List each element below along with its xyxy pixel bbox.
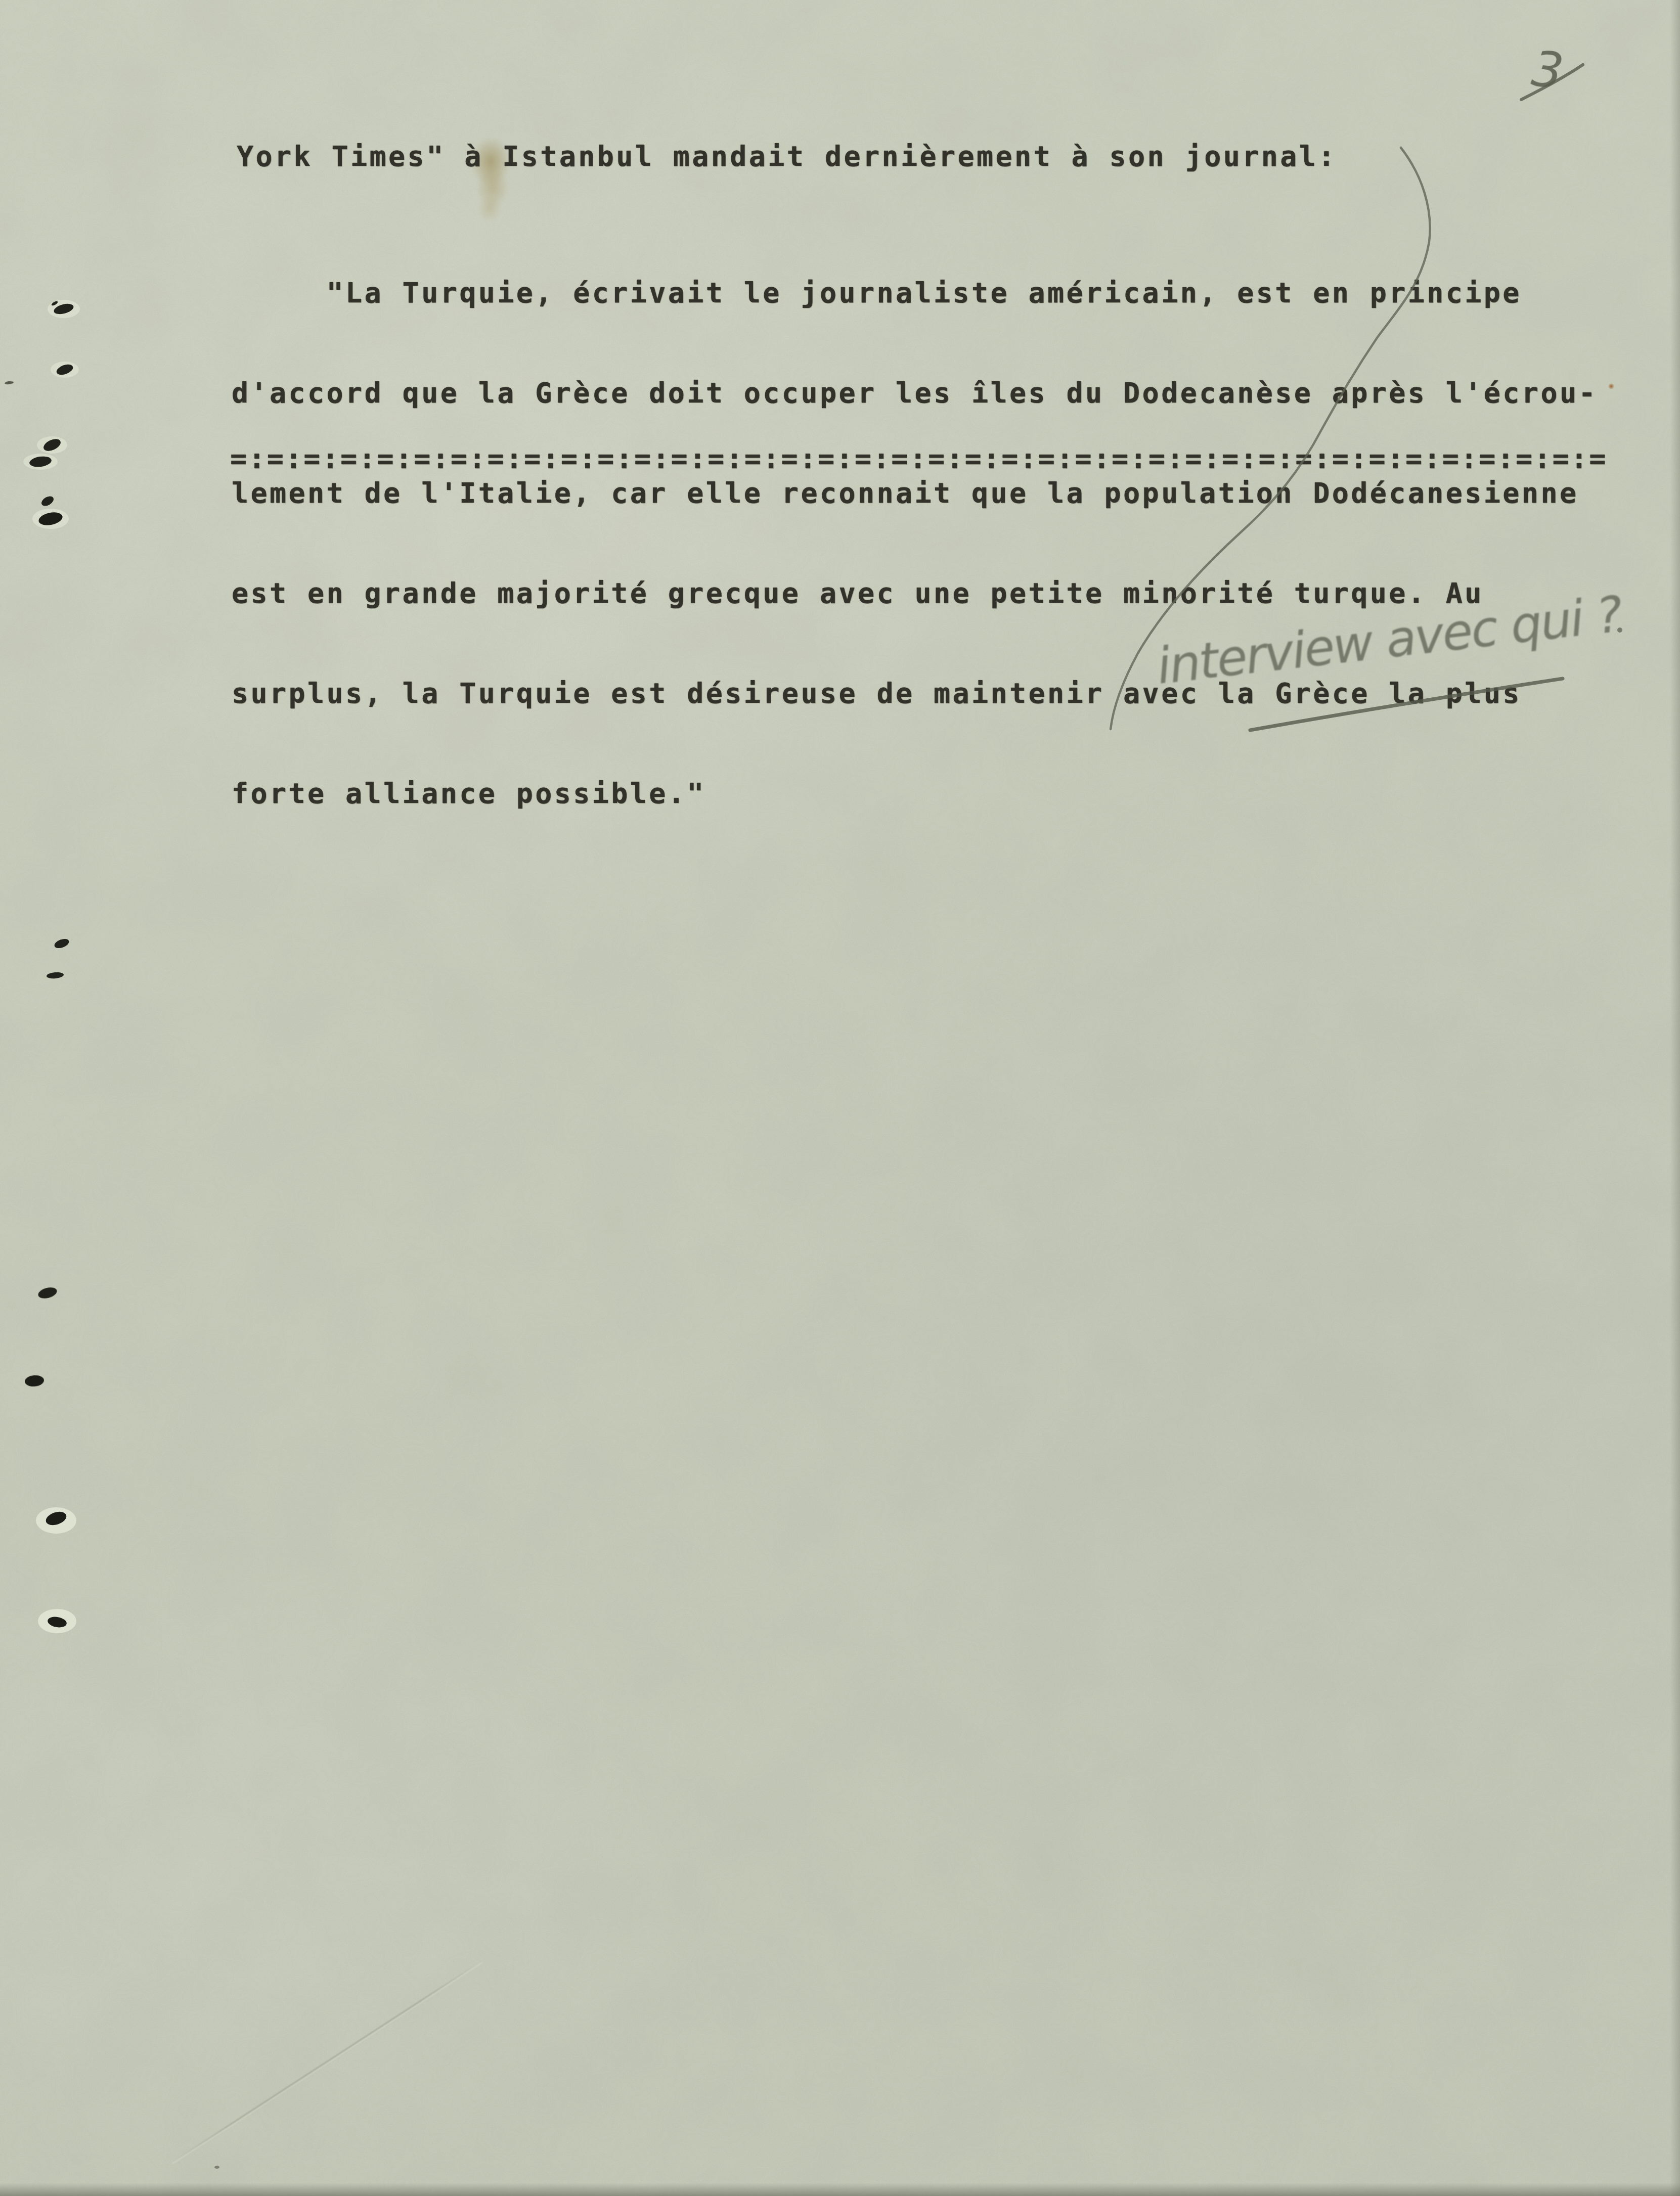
punch-mark [55,363,74,377]
punch-mark [41,436,62,453]
typed-line: d'accord que la Grèce doit occuper les î… [232,376,1598,410]
scan-edge-right [1670,0,1680,2196]
punch-mark-halo [51,362,79,378]
punch-mark [51,300,58,306]
punch-mark [29,455,52,468]
typed-line: surplus, la Turquie est désireuse de mai… [232,677,1598,710]
typed-paragraph: "La Turquie, écrivait le journaliste amé… [232,209,1598,877]
punch-mark [53,302,74,316]
punch-mark [37,1285,58,1300]
punch-mark-halo [36,1507,76,1534]
punch-mark [24,1374,45,1387]
question-mark-dot [1617,628,1622,633]
page-number-annotation: 3 [1529,40,1566,101]
typed-line: est en grande majorité grecque avec une … [232,576,1598,610]
punch-mark-halo [23,454,58,470]
typed-line: lement de l'Italie, car elle reconnait q… [232,476,1598,510]
separator-line: =:=:=:=:=:=:=:=:=:=:=:=:=:=:=:=:=:=:=:=:… [230,442,1607,475]
punch-mark [37,510,64,527]
punch-mark-halo [48,300,80,318]
punch-mark [5,381,14,385]
scan-edge-bottom [0,2183,1680,2196]
punch-mark-halo [32,509,69,529]
punch-mark [47,1616,68,1629]
scanned-document-page: York Times" à Istanbul mandait dernièrem… [0,0,1680,2196]
punch-mark-halo [37,436,67,454]
punch-mark [47,972,64,979]
rust-speck [1608,383,1614,389]
paper-crease [171,1961,482,2163]
typed-intro-line: York Times" à Istanbul mandait dernièrem… [237,140,1337,173]
bottom-speck [214,2166,219,2169]
punch-mark [40,495,56,508]
page-number-slash [1521,65,1583,100]
punch-mark [53,937,70,950]
punch-mark [44,1509,68,1528]
typed-line: "La Turquie, écrivait le journaliste amé… [232,276,1598,309]
punch-marks [5,300,80,1633]
typed-line: forte alliance possible." [232,777,1598,810]
punch-mark-halo [38,1609,76,1633]
